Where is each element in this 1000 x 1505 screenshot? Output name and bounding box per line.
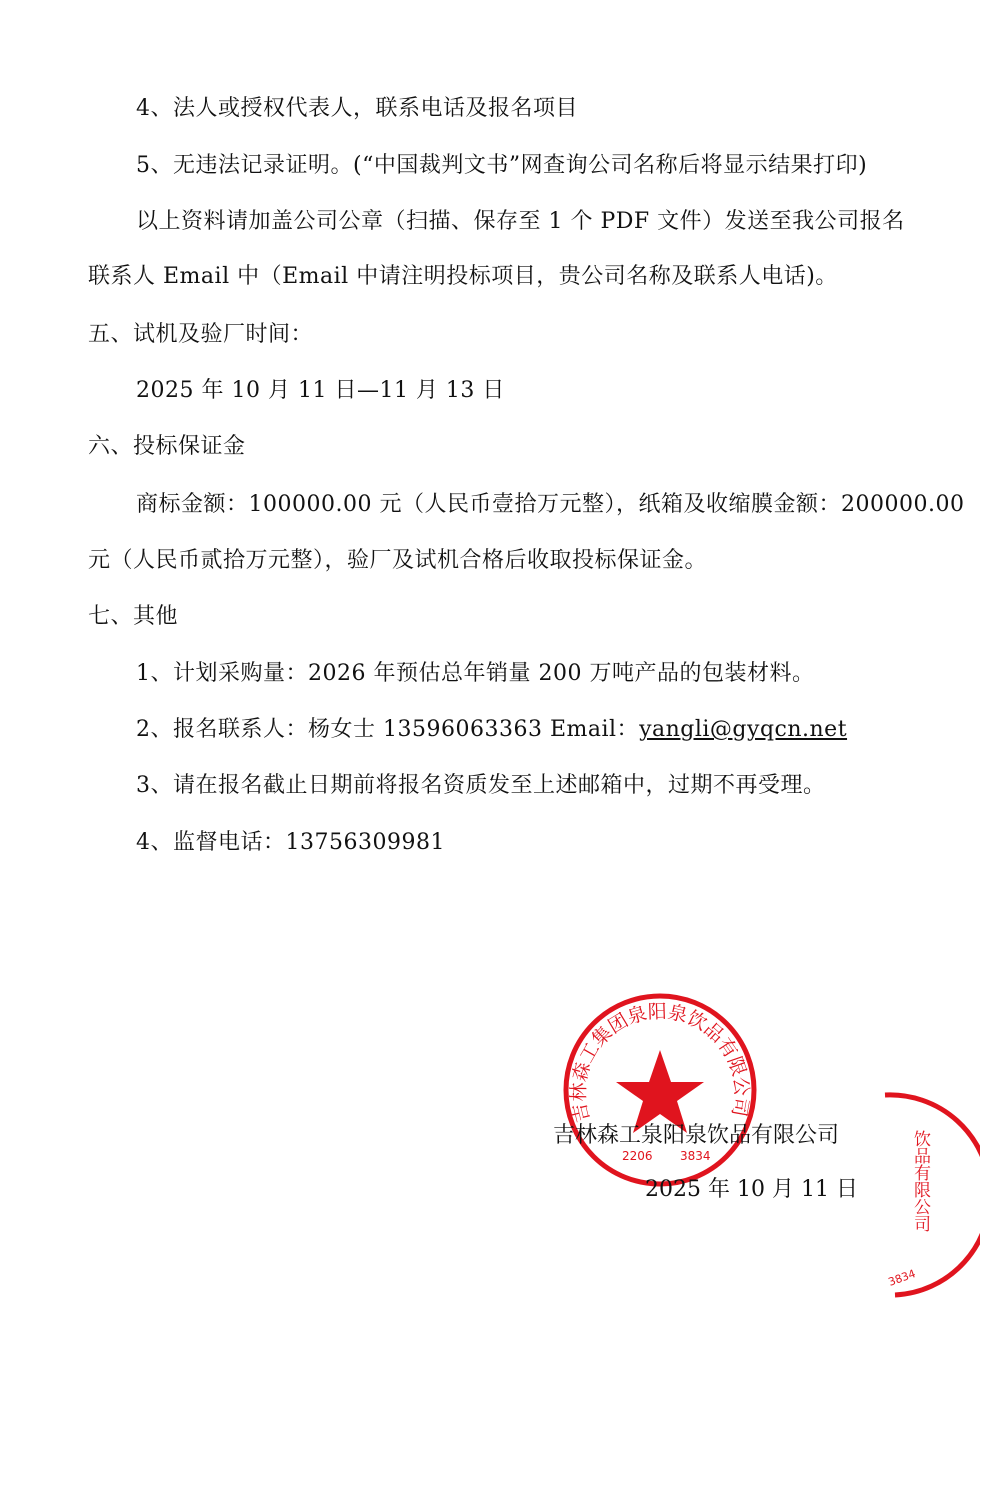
section-heading: 五、试机及验厂时间： <box>88 320 313 350</box>
list-item: 3、请在报名截止日期前将报名资质发至上述邮箱中，过期不再受理。 <box>136 771 826 801</box>
company-seal: 吉林森工集团泉阳泉饮品有限公司 2206 3834 <box>560 990 760 1190</box>
partial-seal-code: 3834 <box>887 1267 918 1289</box>
partial-seal-text: 饮品有限公司 <box>910 1130 931 1232</box>
list-item: 4、监督电话：13756309981 <box>136 828 445 858</box>
text-line: 以上资料请加盖公司公章（扫描、保存至 1 个 PDF 文件）发送至我公司报名 <box>136 207 905 237</box>
signature-company: 吉林森工泉阳泉饮品有限公司 <box>553 1118 839 1149</box>
partial-seal: 饮品有限公司 3834 <box>880 1090 980 1300</box>
section-content: 元（人民币贰拾万元整），验厂及试机合格后收取投标保证金。 <box>88 546 707 576</box>
section-heading: 七、其他 <box>88 602 178 632</box>
email-link[interactable]: yangli@gyqcn.net <box>639 717 847 742</box>
section-heading: 六、投标保证金 <box>88 432 246 462</box>
list-item: 1、计划采购量：2026 年预估总年销量 200 万吨产品的包装材料。 <box>136 659 814 689</box>
list-item: 2、报名联系人：杨女士 13596063363 Email：yangli@gyq… <box>136 715 847 745</box>
text-line: 5、无违法记录证明。(“中国裁判文书”网查询公司名称后将显示结果打印) <box>136 151 867 181</box>
text-line: 4、法人或授权代表人，联系电话及报名项目 <box>136 94 578 124</box>
section-content: 2025 年 10 月 11 日—11 月 13 日 <box>136 376 505 406</box>
seal-code-tail: 3834 <box>680 1149 711 1163</box>
contact-text: 2、报名联系人：杨女士 13596063363 Email： <box>136 717 639 742</box>
signature-date: 2025 年 10 月 11 日 <box>645 1172 858 1203</box>
seal-code: 2206 <box>622 1149 653 1163</box>
text-line: 联系人 Email 中（Email 中请注明投标项目，贵公司名称及联系人电话)。 <box>88 262 838 292</box>
section-content: 商标金额：100000.00 元（人民币壹拾万元整），纸箱及收缩膜金额：2000… <box>136 490 964 520</box>
